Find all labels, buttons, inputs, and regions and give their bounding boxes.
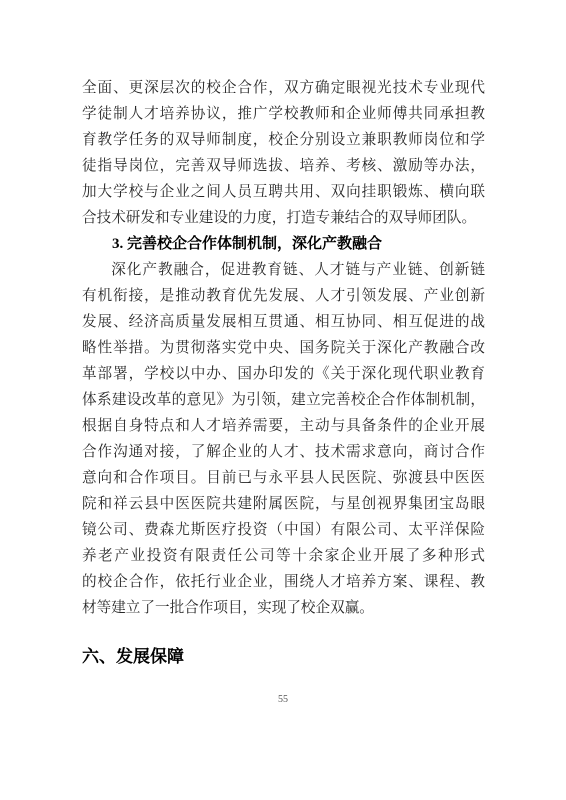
text-line: 意向和合作项目。目前已与永平县人民医院、弥渡县中医医 <box>82 465 485 491</box>
text-line: 略性举措。为贯彻落实党中央、国务院关于深化产教融合改 <box>82 335 485 361</box>
text-line: 全面、更深层次的校企合作，双方确定眼视光技术专业现代 <box>82 75 485 101</box>
text-block: 全面、更深层次的校企合作，双方确定眼视光技术专业现代学徒制人才培养协议，推广学校… <box>82 75 485 670</box>
paragraph-main: 深化产教融合，促进教育链、人才链与产业链、创新链有机衔接，是推动教育优先发展、人… <box>82 257 485 621</box>
text-line: 材等建立了一批合作项目，实现了校企双赢。 <box>82 595 485 621</box>
text-line: 的校企合作，依托行业企业，围绕人才培养方案、课程、教 <box>82 569 485 595</box>
text-line: 镜公司、费森尤斯医疗投资（中国）有限公司、太平洋保险 <box>82 517 485 543</box>
text-line: 体系建设改革的意见》为引领，建立完善校企合作体制机制， <box>82 387 485 413</box>
text-line: 徒指导岗位，完善双导师选拔、培养、考核、激励等办法， <box>82 153 485 179</box>
text-line: 根据自身特点和人才培养需要，主动与具备条件的企业开展 <box>82 413 485 439</box>
numbered-subheading: 3. 完善校企合作体制机制，深化产教融合 <box>82 231 485 257</box>
text-line: 养老产业投资有限责任公司等十余家企业开展了多种形式 <box>82 543 485 569</box>
text-line: 革部署，学校以中办、国办印发的《关于深化现代职业教育 <box>82 361 485 387</box>
text-line: 院和祥云县中医医院共建附属医院，与星创视界集团宝岛眼 <box>82 491 485 517</box>
paragraph-continuation: 全面、更深层次的校企合作，双方确定眼视光技术专业现代学徒制人才培养协议，推广学校… <box>82 75 485 231</box>
document-page: 全面、更深层次的校企合作，双方确定眼视光技术专业现代学徒制人才培养协议，推广学校… <box>0 0 566 800</box>
text-line: 合技术研发和专业建设的力度，打造专兼结合的双导师团队。 <box>82 205 485 231</box>
page-number: 55 <box>0 694 566 705</box>
text-line: 有机衔接，是推动教育优先发展、人才引领发展、产业创新 <box>82 283 485 309</box>
text-line: 育教学任务的双导师制度，校企分别设立兼职教师岗位和学 <box>82 127 485 153</box>
text-line: 深化产教融合，促进教育链、人才链与产业链、创新链 <box>82 257 485 283</box>
section-heading: 六、发展保障 <box>82 644 485 670</box>
text-line: 学徒制人才培养协议，推广学校教师和企业师傅共同承担教 <box>82 101 485 127</box>
text-line: 发展、经济高质量发展相互贯通、相互协同、相互促进的战 <box>82 309 485 335</box>
text-line: 加大学校与企业之间人员互聘共用、双向挂职锻炼、横向联 <box>82 179 485 205</box>
text-line: 合作沟通对接，了解企业的人才、技术需求意向，商讨合作 <box>82 439 485 465</box>
